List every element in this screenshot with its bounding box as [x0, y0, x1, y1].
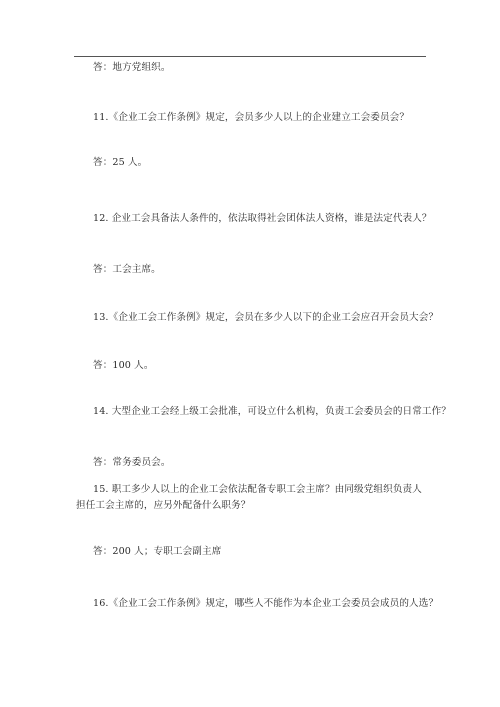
header-rule — [74, 56, 426, 57]
question-12: 12. 企业工会具备法人条件的，依法取得社会团体法人资格，谁是法定代表人？ — [93, 211, 433, 227]
question-16: 16.《企业工会工作条例》规定，哪些人不能作为本企业工会委员会成员的人选？ — [93, 596, 433, 612]
answer-11: 答：25 人。 — [93, 155, 433, 171]
question-14: 14. 大型企业工会经上级工会批准，可设立什么机构，负责工会委员会的日常工作？ — [93, 404, 433, 420]
answer-14: 答：常务委员会。 — [93, 455, 433, 471]
document-page: 答：地方党组织。 11.《企业工会工作条例》规定，会员多少人以上的企业建立工会委… — [0, 0, 500, 707]
answer-15: 答：200 人；专职工会副主席 — [93, 544, 433, 560]
question-11: 11.《企业工会工作条例》规定，会员多少人以上的企业建立工会委员会？ — [93, 110, 433, 126]
answer-12: 答：工会主席。 — [93, 262, 433, 278]
question-15: 15. 职工多少人以上的企业工会依法配备专职工会主席？由同级党组织负责人担任工会… — [76, 482, 430, 514]
answer-13: 答：100 人。 — [93, 358, 433, 374]
question-13: 13.《企业工会工作条例》规定，会员在多少人以下的企业工会应召开会员大会？ — [93, 310, 433, 326]
answer-10: 答：地方党组织。 — [93, 60, 433, 76]
